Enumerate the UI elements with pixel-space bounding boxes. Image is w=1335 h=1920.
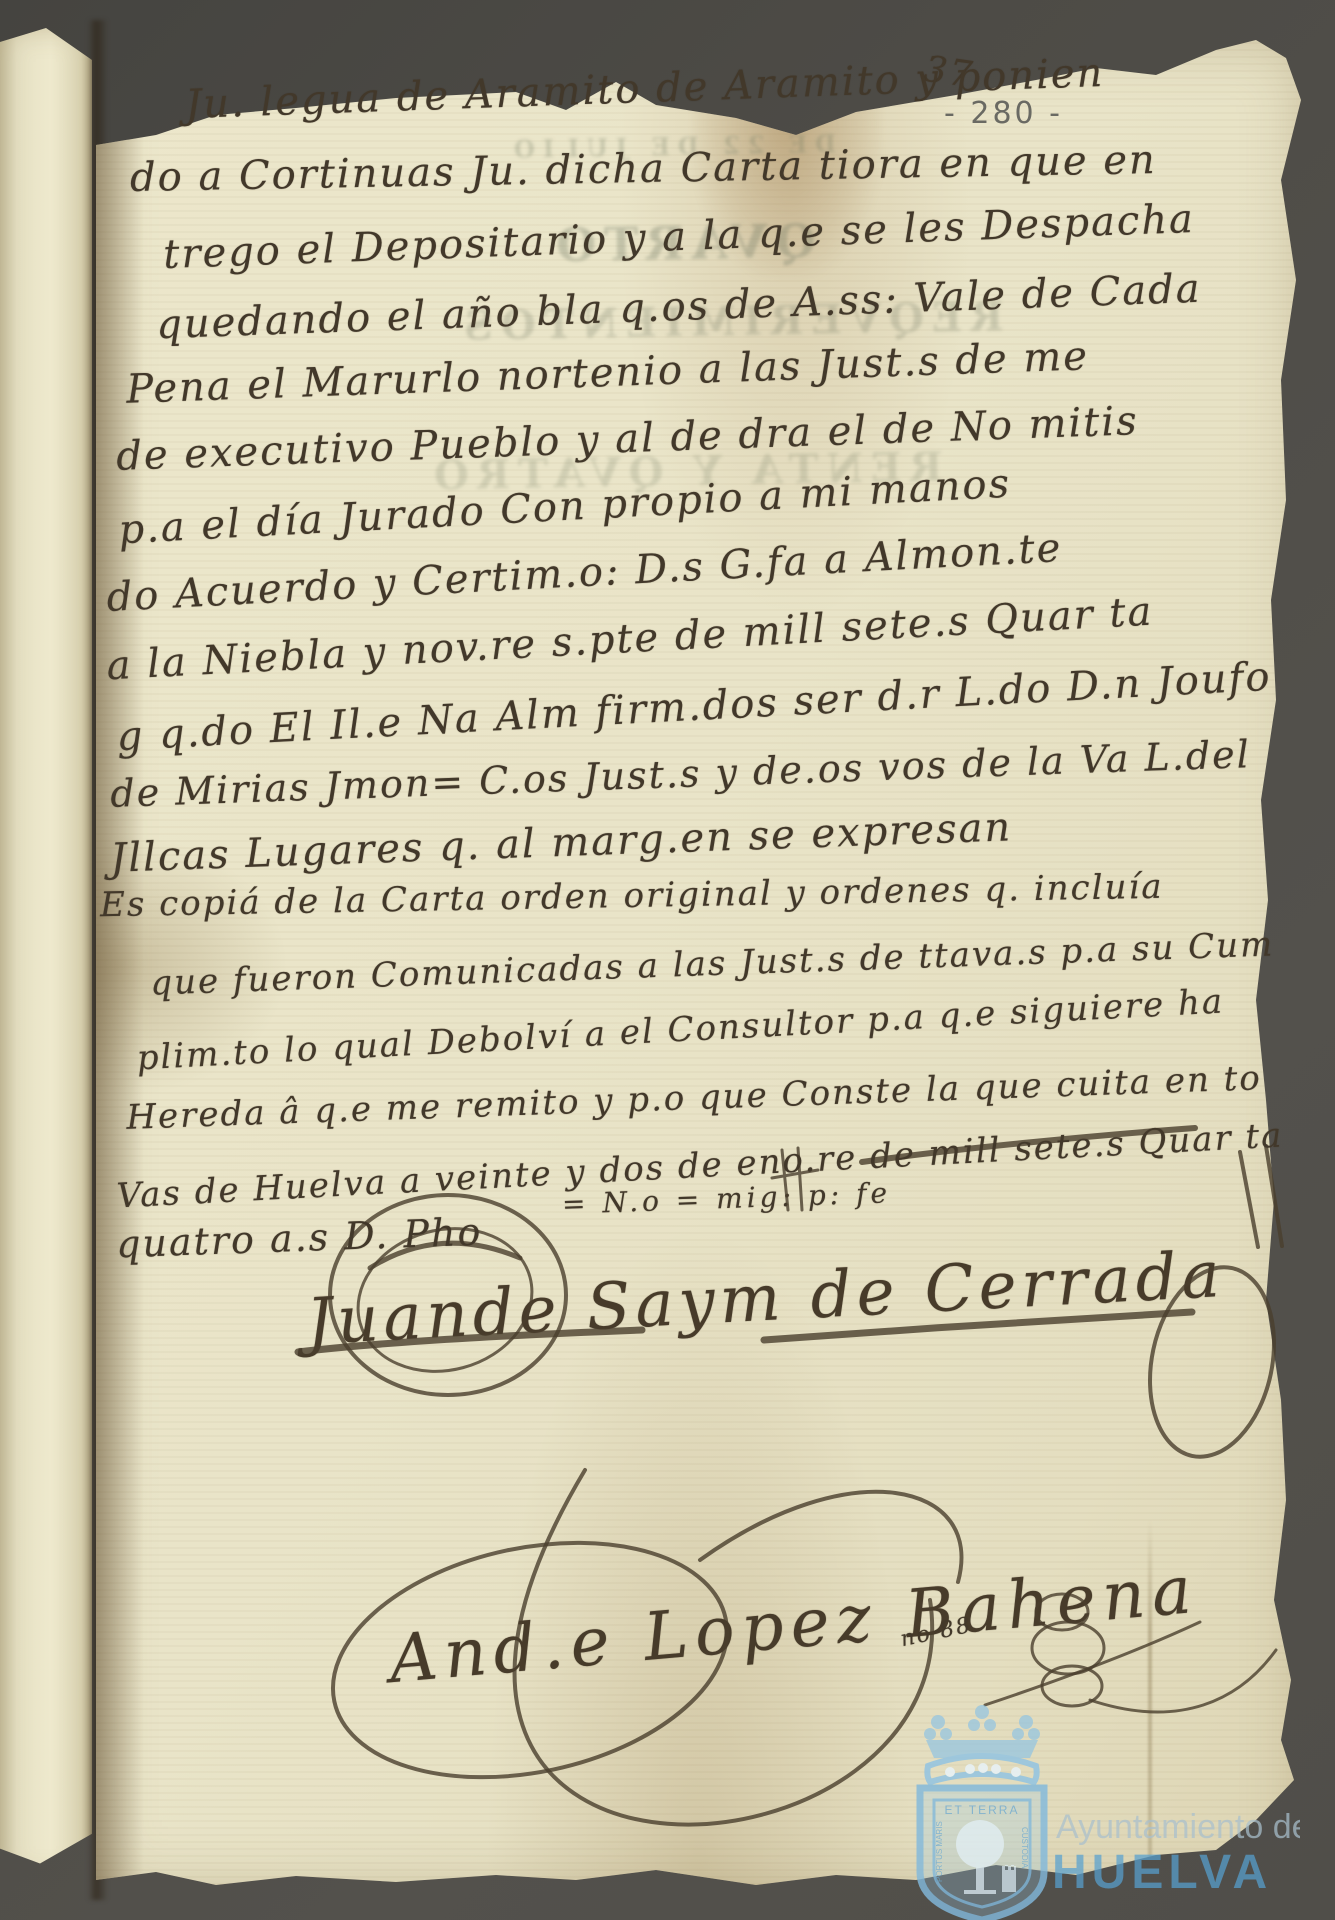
shield-motto-right: CUSTODIA	[1020, 1827, 1029, 1869]
org-city: HUELVA	[1052, 1846, 1272, 1899]
archival-scan: DE 22 DE JULIO QVARTO REQVERIMIENTOS REN…	[0, 0, 1335, 1920]
org-name: Ayuntamiento de	[1056, 1808, 1300, 1846]
shield-motto-left: PORTUS MARIS	[935, 1821, 944, 1882]
shield-icon: ET TERRA PORTUS MARIS CUSTODIA	[920, 1788, 1044, 1920]
huelva-archive-watermark: ET TERRA PORTUS MARIS CUSTODIA Ayuntamie…	[880, 1692, 1300, 1920]
shield-motto-top: ET TERRA	[945, 1803, 1020, 1817]
crown-icon	[924, 1705, 1040, 1758]
